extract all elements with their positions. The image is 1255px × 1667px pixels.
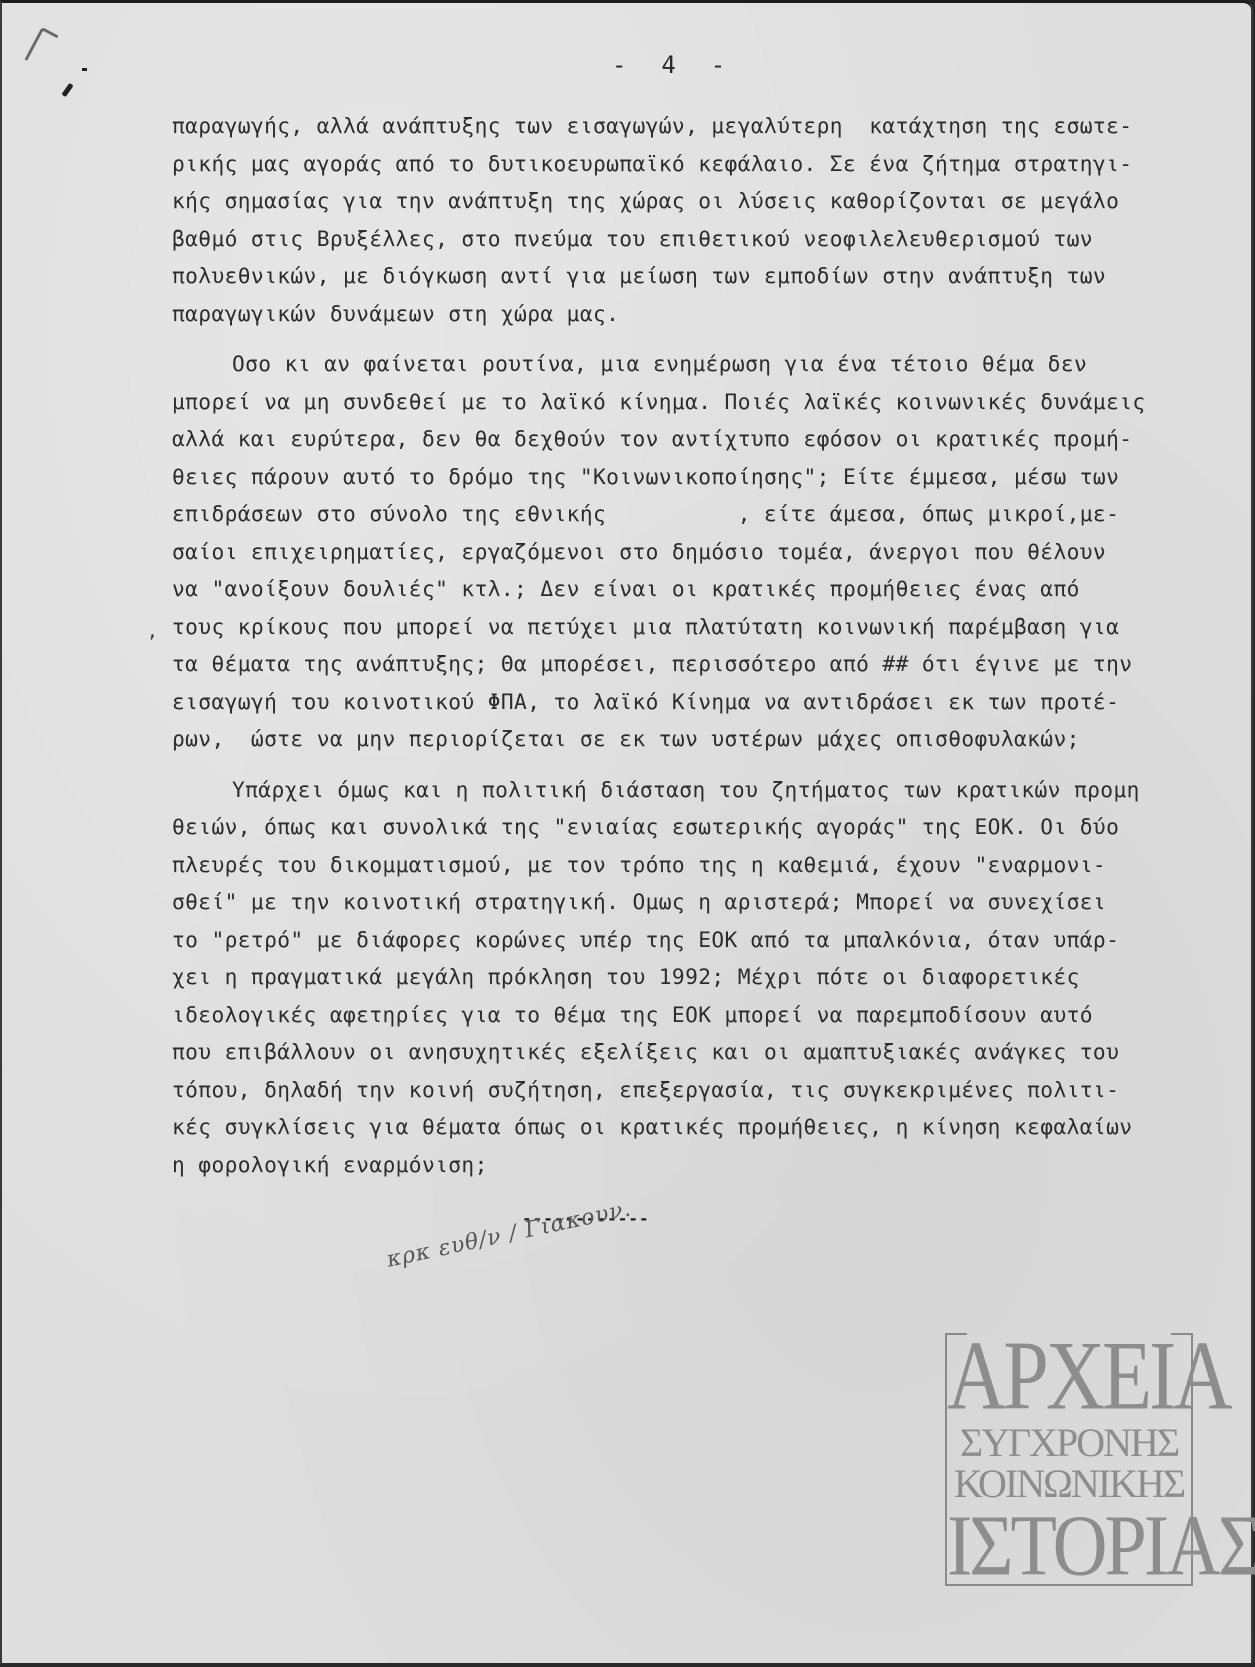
stamp-line: ΙΣΤΟΡΙΑΣ	[947, 1502, 1191, 1589]
text-line: πολυεθνικών, με διόγκωση αντί για μείωση…	[172, 257, 1252, 295]
text-line: τους κρίκους που μπορεί να πετύχει μια π…	[172, 608, 1252, 646]
staple-mark	[24, 27, 58, 69]
margin-mark: ,	[147, 621, 158, 642]
text-line: πλευρές του δικομματισμού, με τον τρόπο …	[172, 846, 1252, 884]
text-line: τα θέματα της ανάπτυξης; Θα μπορέσει, πε…	[172, 645, 1252, 683]
text-line: το "ρετρό" με διάφορες κορώνες υπέρ της …	[172, 921, 1252, 959]
page-number: - 4 -	[612, 51, 727, 79]
ink-mark	[82, 68, 87, 71]
document-body: παραγωγής, αλλά ανάπτυξης των εισαγωγών,…	[172, 107, 1252, 1183]
text-line: χει η πραγματικά μεγάλη πρόκληση του 199…	[172, 958, 1252, 996]
text-line: Υπάρχει όμως και η πολιτική διάσταση του…	[172, 771, 1252, 809]
text-line: ιδεολογικές αφετηρίες για το θέμα της ΕΟ…	[172, 996, 1252, 1034]
text-line: ρικής μας αγοράς από το δυτικοευρωπαϊκό …	[172, 145, 1252, 183]
text-line: επιδράσεων στο σύνολο της εθνικής , είτε…	[172, 495, 1252, 533]
text-line: η φορολογική εναρμόνιση;	[172, 1146, 1252, 1184]
text-line: κής σημασίας για την ανάπτυξη της χώρας …	[172, 182, 1252, 220]
scanned-page: - 4 - , παραγωγής, αλλά ανάπτυξης των ει…	[0, 0, 1253, 1665]
text-line: να "ανοίξουν δουλιές" κτλ.; Δεν είναι οι…	[172, 570, 1252, 608]
text-line: σαίοι επιχειρηματίες, εργαζόμενοι στο δη…	[172, 533, 1252, 571]
handwritten-note: κρκ ευθ/ν / Γιακουν.	[384, 1196, 633, 1272]
text-line: παραγωγικών δυνάμεων στη χώρα μας.	[172, 295, 1252, 333]
text-line: σθεί" με την κοινοτική στρατηγική. Ομως …	[172, 883, 1252, 921]
text-line: θειών, όπως και συνολικά της "ενιαίας εσ…	[172, 808, 1252, 846]
text-line: θειες πάρουν αυτό το δρόμο της "Κοινωνικ…	[172, 458, 1252, 496]
text-line: βαθμό στις Βρυξέλλες, στο πνεύμα του επι…	[172, 220, 1252, 258]
text-line: κές συγκλίσεις για θέματα όπως οι κρατικ…	[172, 1108, 1252, 1146]
text-line: Οσο κι αν φαίνεται ρουτίνα, μια ενημέρωσ…	[172, 345, 1252, 383]
text-line: τόπου, δηλαδή την κοινή συζήτηση, επεξερ…	[172, 1071, 1252, 1109]
ink-mark	[61, 83, 73, 97]
paragraph: παραγωγής, αλλά ανάπτυξης των εισαγωγών,…	[172, 107, 1252, 332]
text-line: αλλά και ευρύτερα, δεν θα δεχθούν τον αν…	[172, 420, 1252, 458]
archive-stamp: ΑΡΧΕΙΑ ΣΥΓΧΡΟΝΗΣ ΚΟΙΝΩΝΙΚΗΣ ΙΣΤΟΡΙΑΣ	[945, 1333, 1193, 1586]
text-line: ρων, ώστε να μην περιορίζεται σε εκ των …	[172, 720, 1252, 758]
text-line: μπορεί να μη συνδεθεί με το λαϊκό κίνημα…	[172, 383, 1252, 421]
text-line: παραγωγής, αλλά ανάπτυξης των εισαγωγών,…	[172, 107, 1252, 145]
stamp-line: ΑΡΧΕΙΑ	[947, 1327, 1191, 1425]
text-line: που επιβάλλουν οι ανησυχητικές εξελίξεις…	[172, 1033, 1252, 1071]
paragraph: Οσο κι αν φαίνεται ρουτίνα, μια ενημέρωσ…	[172, 345, 1252, 758]
paragraph: Υπάρχει όμως και η πολιτική διάσταση του…	[172, 771, 1252, 1184]
text-line: εισαγωγή του κοινοτικού ΦΠΑ, το λαϊκό Κί…	[172, 683, 1252, 721]
